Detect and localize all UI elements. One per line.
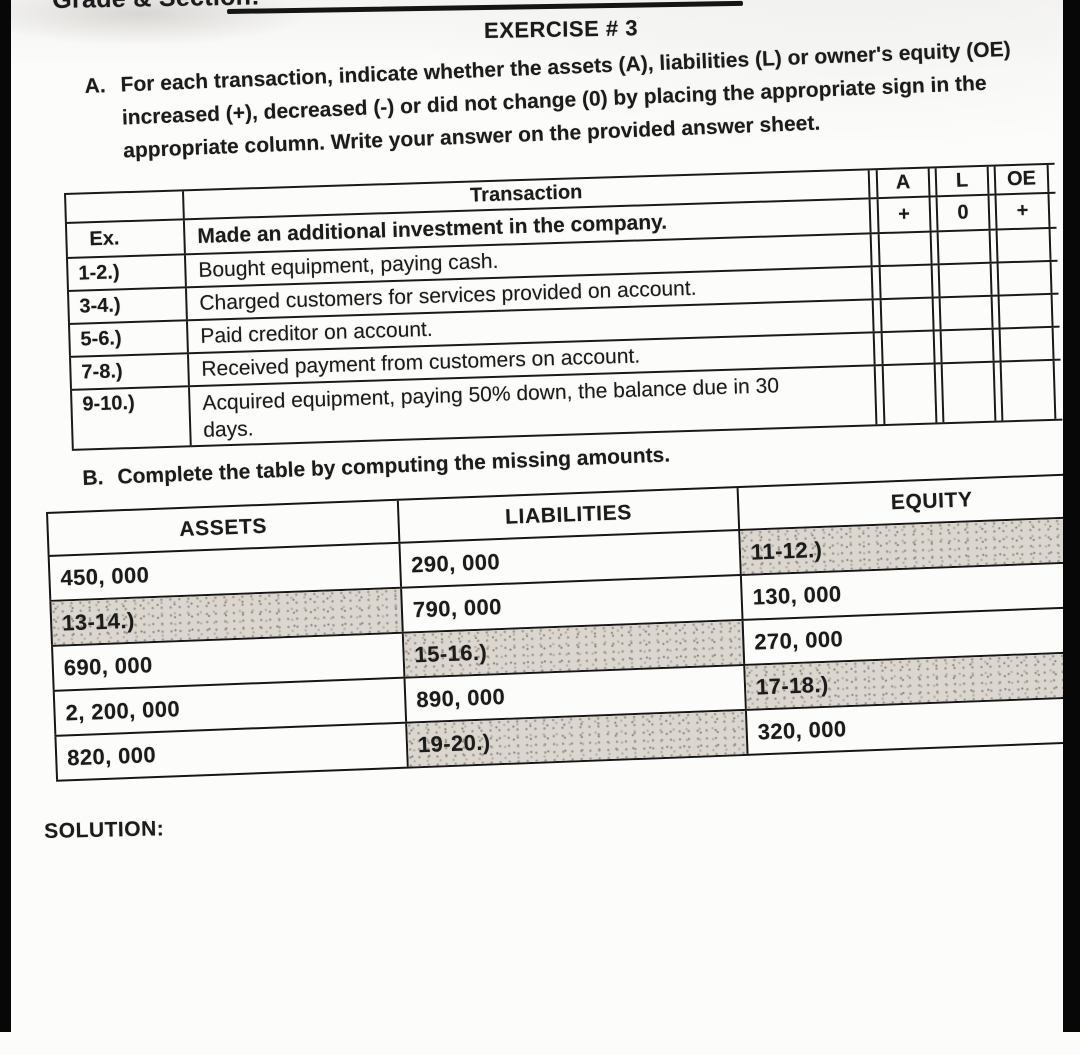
answer-cell-a [878,233,933,266]
liabilities-column-header: L [935,167,990,196]
row-label: 3-4.) [67,288,188,323]
grade-section-underline [227,1,743,14]
answer-cell-a [882,364,938,424]
transaction-table: Transaction A L OE Ex. Made an additiona… [64,163,1062,451]
answer-cell-oe [1000,361,1057,421]
answer-cell-l: 0 [936,196,991,231]
answer-cell-oe [997,262,1053,295]
assets-column-header: A [876,169,931,198]
row-label: 5-6.) [68,321,189,356]
row-label: Ex. [65,220,186,257]
scan-edge-left [0,0,11,1032]
section-b-marker: B. [82,466,104,490]
row-label: 9-10.) [70,387,192,449]
answer-cell-a: + [877,198,932,233]
answer-cell-l [937,231,992,264]
answer-cell-oe [996,229,1052,262]
row-label: 1-2.) [66,255,187,290]
answer-cell-l [940,330,995,363]
answer-cell-l [939,297,994,330]
answer-cell-a [881,331,936,364]
answer-cell-oe: + [995,194,1051,229]
solution-label: SOLUTION: [44,817,165,844]
answer-cell-a [880,298,935,331]
instruction-a: A. For each transaction, indicate whethe… [84,33,1014,169]
section-b-heading: B.Complete the table by computing the mi… [82,443,671,491]
scan-edge-right [1063,0,1080,1032]
answer-cell-l [938,264,993,297]
row-label: 7-8.) [69,354,190,389]
section-b-text: Complete the table by computing the miss… [117,443,671,488]
ex-column-header [64,191,185,222]
equity-column-header: OE [994,165,1050,194]
answer-cell-oe [998,295,1054,328]
answer-cell-l [941,363,997,423]
scanned-worksheet-page: Grade & Section: EXERCISE # 3 A. For eac… [0,0,1080,1055]
instruction-a-marker: A. [84,69,106,103]
answer-cell-a [879,266,934,299]
amounts-table: ASSETS LIABILITIES EQUITY 450, 000 290, … [46,472,1080,782]
answer-cell-oe [999,328,1055,361]
